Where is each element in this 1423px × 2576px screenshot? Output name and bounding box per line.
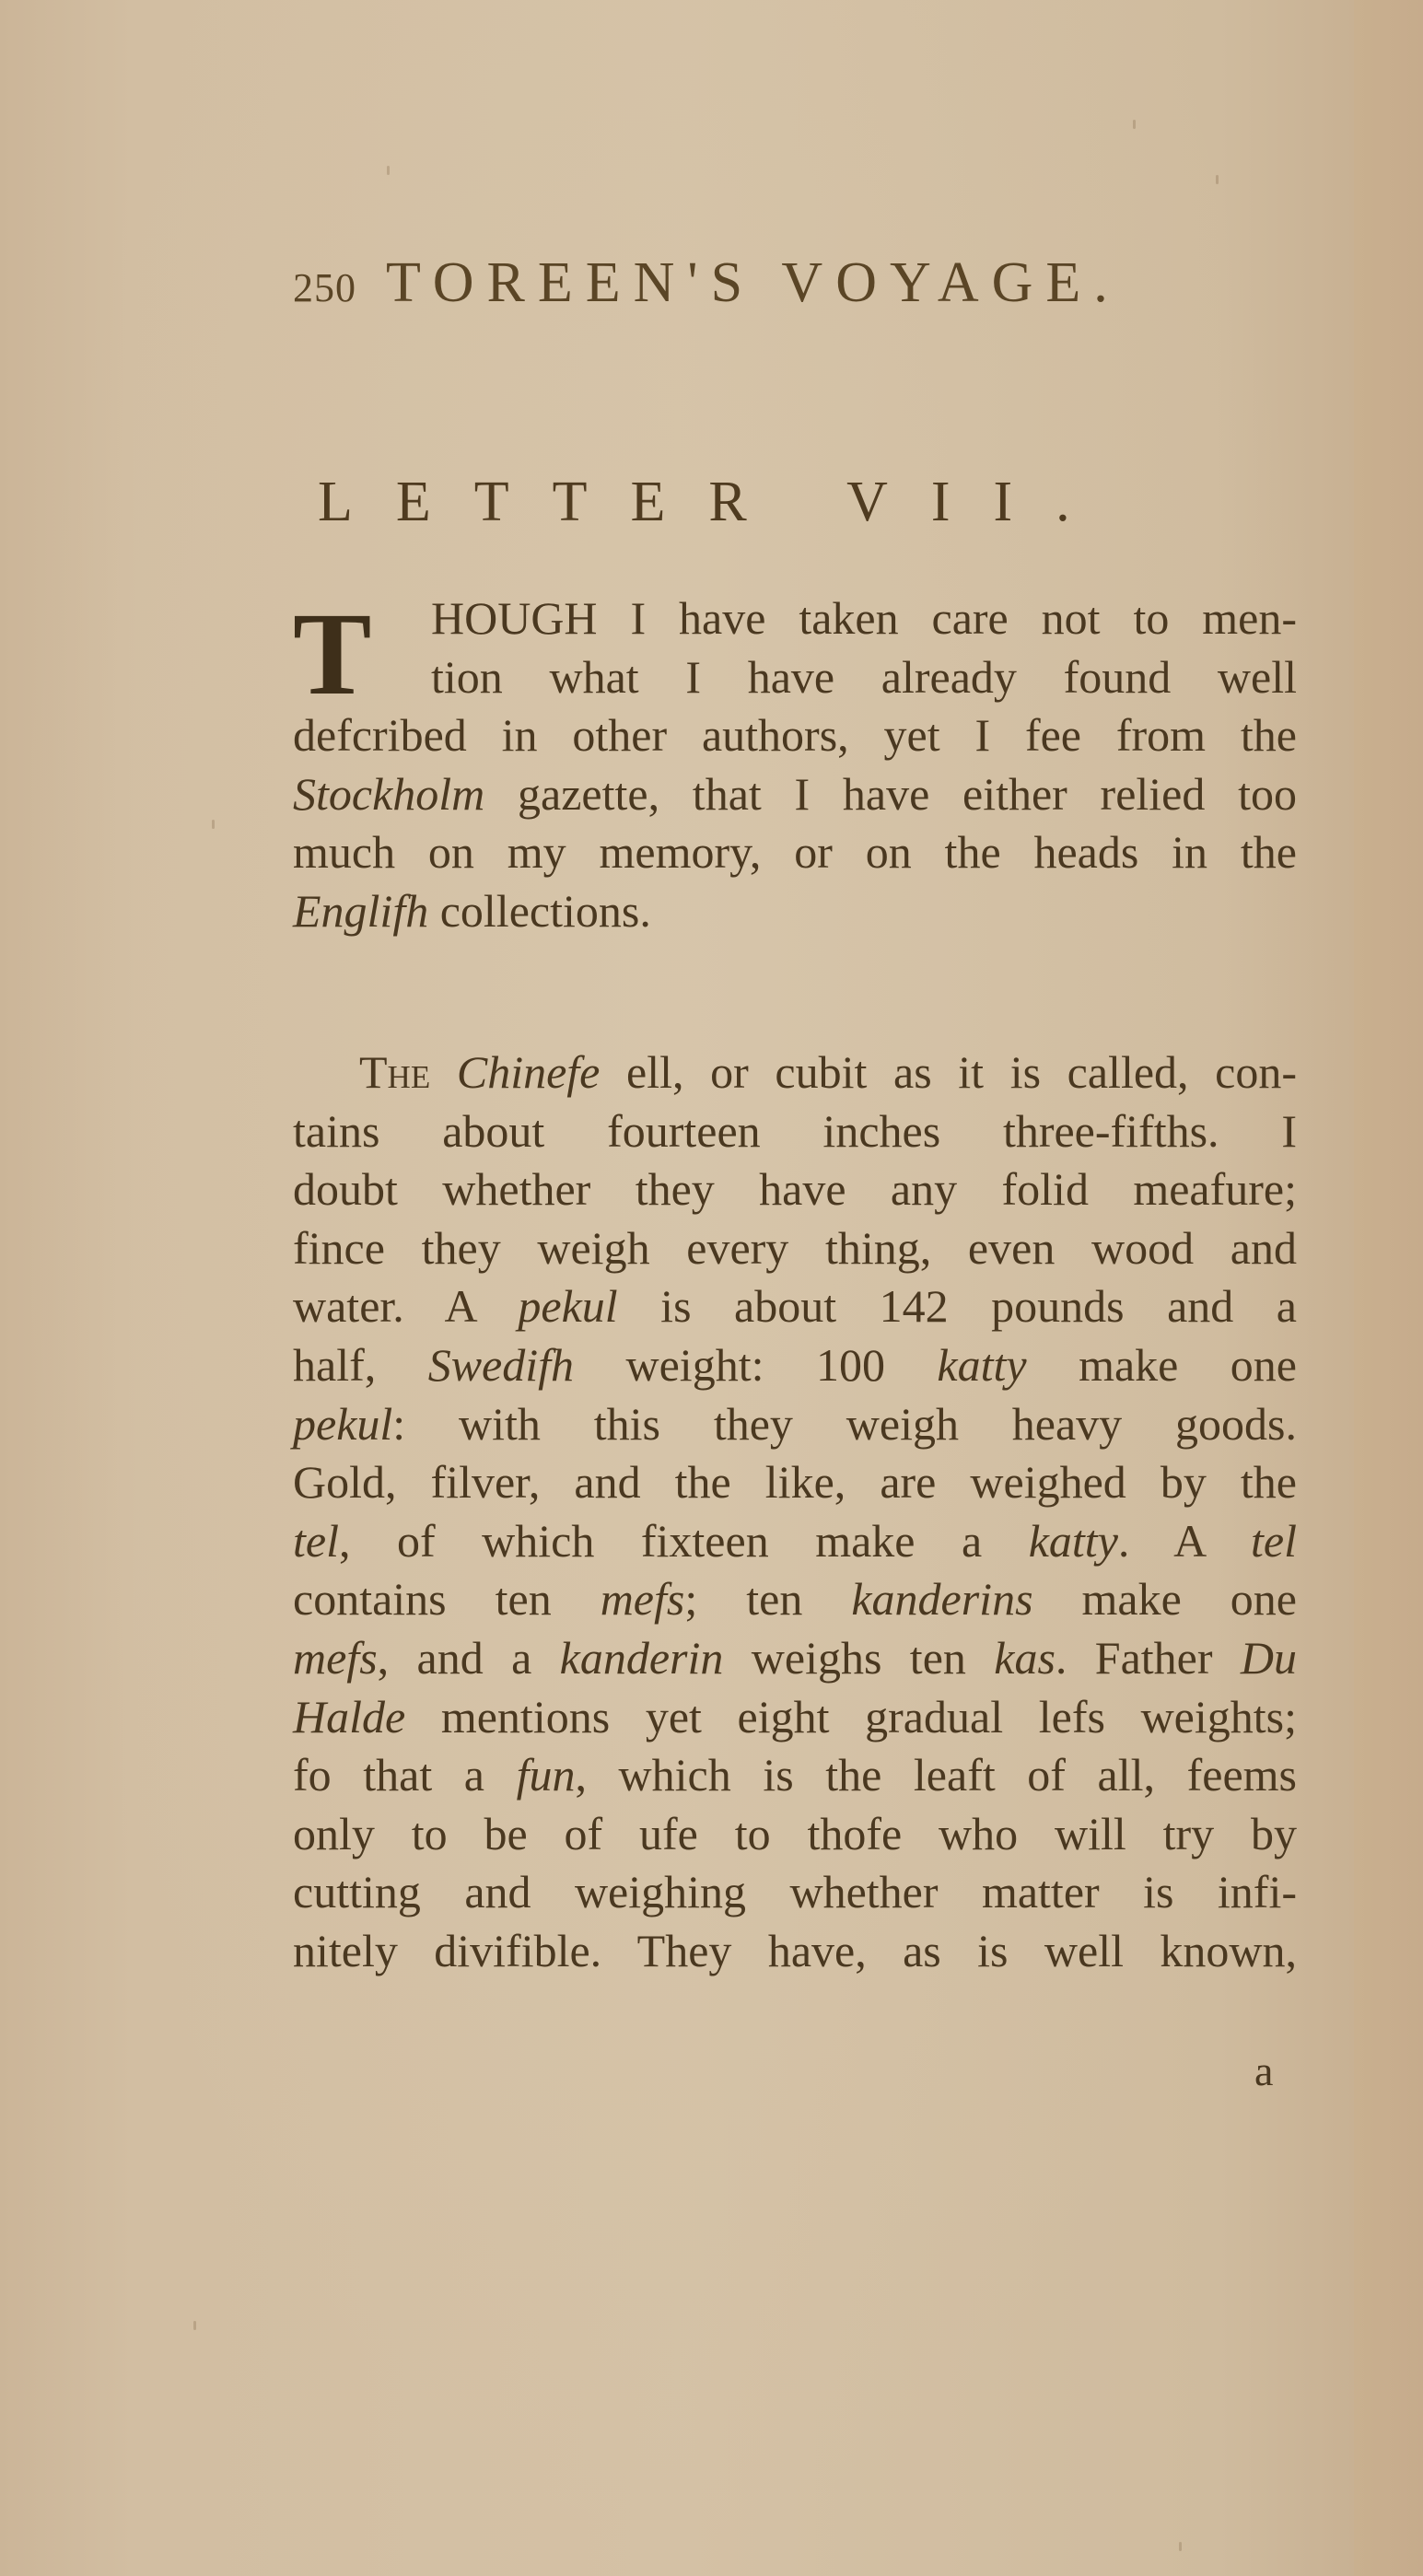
text-line: water. A pekul is about 142 pounds and a [293, 1277, 1297, 1336]
text-line: half, Swedifh weight: 100 katty make one [293, 1336, 1297, 1395]
text-segment [430, 1046, 457, 1098]
italic-text: Chinefe [457, 1046, 601, 1098]
text-line: only to be of ufe to thofe who will try … [293, 1805, 1297, 1864]
text-line: contains ten mefs; ten kanderins make on… [293, 1570, 1297, 1629]
text-segment: , and a [378, 1632, 560, 1684]
paper-speck [212, 820, 215, 829]
text-line: doubt whether they have any folid meafur… [293, 1160, 1297, 1219]
text-segment: defcribed in other authors, yet I fee fr… [293, 709, 1297, 761]
italic-text: Du [1241, 1632, 1297, 1684]
text-segment: : with this they weigh heavy goods. [392, 1398, 1297, 1450]
page-number: 250 [293, 264, 356, 311]
text-line: tel, of which fixteen make a katty. A te… [293, 1512, 1297, 1571]
italic-text: kanderin [560, 1632, 724, 1684]
running-head: 250 TOREEN'S VOYAGE. [293, 251, 1306, 324]
text-segment: ell, or cubit as it is called, con- [600, 1046, 1297, 1098]
paper-speck [193, 2321, 196, 2330]
italic-text: tel [293, 1515, 339, 1567]
text-segment: . A [1118, 1515, 1251, 1567]
paragraph-1: HOUGH I have taken care not to men- tion… [293, 589, 1297, 941]
text-segment: is about 142 pounds and a [618, 1280, 1297, 1332]
text-segment: doubt whether they have any folid meafur… [293, 1163, 1297, 1215]
italic-text: kanderins [851, 1573, 1032, 1625]
italic-text: mefs [293, 1632, 378, 1684]
text-line: The Chinefe ell, or cubit as it is calle… [293, 1043, 1297, 1102]
text-segment: fo that a [293, 1749, 517, 1801]
text-line: pekul: with this they weigh heavy goods. [293, 1395, 1297, 1454]
text-line: tains about fourteen inches three-fifths… [293, 1102, 1297, 1161]
catchword: a [1254, 2046, 1273, 2095]
paper-speck [1216, 175, 1219, 184]
text-segment: weight: 100 [574, 1339, 937, 1391]
text-segment: contains ten [293, 1573, 601, 1625]
text-line: Halde mentions yet eight gradual lefs we… [293, 1688, 1297, 1747]
italic-text: Swedifh [428, 1339, 574, 1391]
text-segment: fince they weigh every thing, even wood … [293, 1222, 1297, 1274]
italic-text: mefs [601, 1573, 685, 1625]
italic-text: katty [937, 1339, 1026, 1391]
text-segment: , which is the leaft of all, feems [575, 1749, 1297, 1801]
text-segment: HOUGH I have taken care not to men- [431, 592, 1297, 644]
italic-text: fun [517, 1749, 576, 1801]
text-segment: mentions yet eight gradual lefs weights; [405, 1691, 1297, 1743]
text-segment: make one [1033, 1573, 1297, 1625]
italic-text: tel [1251, 1515, 1297, 1567]
text-segment: , of which fixteen make a [339, 1515, 1029, 1567]
text-segment: half, [293, 1339, 428, 1391]
paper-speck [1133, 120, 1136, 129]
paper-speck [387, 166, 390, 175]
text-segment: Gold, filver, and the like, are weighed … [293, 1456, 1297, 1508]
italic-text: Englifh [293, 885, 428, 937]
text-segment: weighs ten [723, 1632, 994, 1684]
italic-text: Stockholm [293, 768, 484, 820]
text-line: defcribed in other authors, yet I fee fr… [293, 706, 1297, 765]
page-edge-shadow [1354, 0, 1423, 2576]
italic-text: pekul [293, 1398, 392, 1450]
text-segment: cutting and weighing whether matter is i… [293, 1866, 1297, 1917]
text-segment: . Father [1056, 1632, 1241, 1684]
text-line: fince they weigh every thing, even wood … [293, 1219, 1297, 1278]
text-line: Stockholm gazette, that I have either re… [293, 765, 1297, 824]
paragraph-2: The Chinefe ell, or cubit as it is calle… [293, 1043, 1297, 1981]
text-line: tion what I have already found well [293, 648, 1297, 707]
text-line: cutting and weighing whether matter is i… [293, 1863, 1297, 1922]
italic-text: pekul [518, 1280, 617, 1332]
text-segment: make one [1027, 1339, 1297, 1391]
text-segment: much on my memory, or on the heads in th… [293, 826, 1297, 878]
italic-text: katty [1029, 1515, 1118, 1567]
text-line: mefs, and a kanderin weighs ten kas. Fat… [293, 1629, 1297, 1688]
running-head-title: TOREEN'S VOYAGE. [386, 251, 1121, 316]
text-line: HOUGH I have taken care not to men- [293, 589, 1297, 648]
text-segment: tains about fourteen inches three-fifths… [293, 1105, 1297, 1157]
letter-heading: LETTER VII. [318, 470, 1331, 535]
text-segment: collections. [428, 885, 651, 937]
text-segment: The [359, 1046, 430, 1098]
text-segment: water. A [293, 1280, 518, 1332]
text-segment: nitely divifible. They have, as is well … [293, 1925, 1297, 1976]
text-segment: gazette, that I have either relied too [484, 768, 1297, 820]
text-segment: tion what I have already found well [431, 651, 1297, 703]
italic-text: Halde [293, 1691, 405, 1743]
text-segment: only to be of ufe to thofe who will try … [293, 1808, 1297, 1859]
text-line: nitely divifible. They have, as is well … [293, 1922, 1297, 1981]
text-line: Gold, filver, and the like, are weighed … [293, 1453, 1297, 1512]
text-line: much on my memory, or on the heads in th… [293, 823, 1297, 882]
paper-speck [1179, 2542, 1182, 2551]
text-segment: ; ten [684, 1573, 851, 1625]
text-line: fo that a fun, which is the leaft of all… [293, 1746, 1297, 1805]
italic-text: kas [994, 1632, 1056, 1684]
text-line: Englifh collections. [293, 882, 1297, 941]
